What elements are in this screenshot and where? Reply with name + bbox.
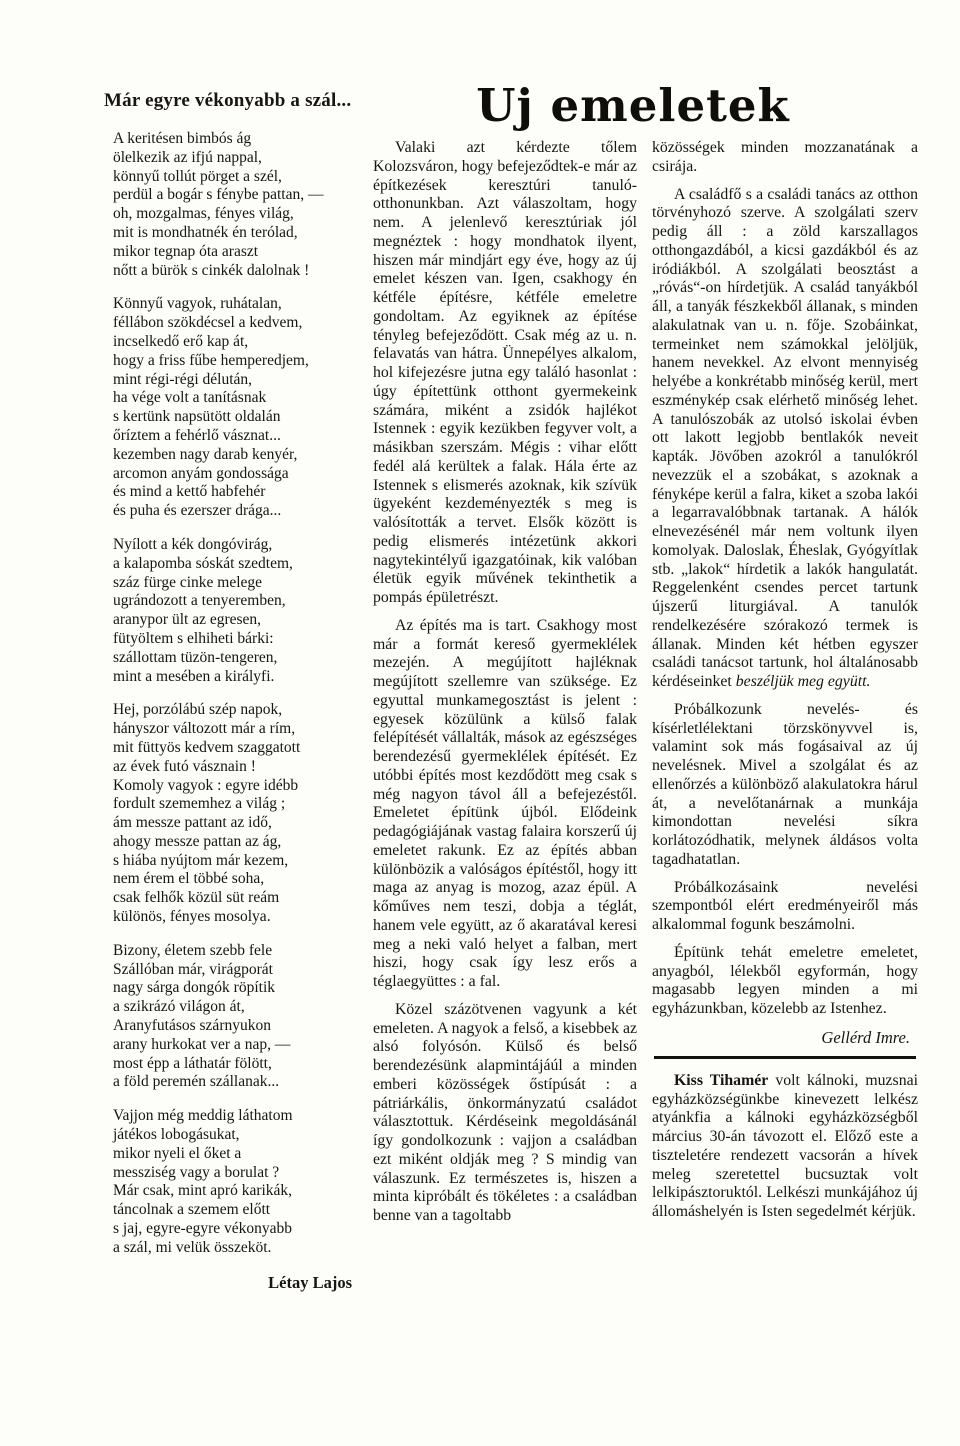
article-author: Gellérd Imre. bbox=[652, 1028, 910, 1048]
poem-stanza-2: Könnyű vagyok, ruhátalan, féllábon szökd… bbox=[113, 295, 358, 521]
paragraph-text: A családfő s a családi tanács az otthon … bbox=[652, 186, 918, 691]
scanned-newspaper-page: Már egyre vékonyabb a szál... A keritése… bbox=[0, 0, 960, 1446]
article-column-middle: Valaki azt kérdezte tőlem Kolozsváron, h… bbox=[373, 139, 637, 1235]
article-paragraph: Próbálkozásaink nevelési szempontból elé… bbox=[652, 879, 918, 935]
poem-title: Már egyre vékonyabb a szál... bbox=[104, 90, 358, 112]
section-divider-rule bbox=[654, 1056, 916, 1059]
news-lead: Kiss Tihamér bbox=[674, 1072, 768, 1089]
news-body: volt kálnoki, muzsnai egyházközségünkbe … bbox=[652, 1072, 918, 1220]
poem-stanza-5: Bizony, életem szebb fele Szállóban már,… bbox=[113, 942, 358, 1092]
article-paragraph-continuation: közösségek minden mozzanatának a csirája… bbox=[652, 139, 918, 177]
article-paragraph: Valaki azt kérdezte tőlem Kolozsváron, h… bbox=[373, 139, 637, 608]
paragraph-emphasis: beszéljük meg együtt. bbox=[736, 673, 871, 690]
news-item: Kiss Tihamér volt kálnoki, muzsnai egyhá… bbox=[652, 1072, 918, 1222]
poem-column: Már egyre vékonyabb a szál... A keritése… bbox=[104, 90, 358, 1293]
article-headline: Uj emeletek bbox=[373, 83, 893, 128]
poem-stanza-1: A keritésen bimbós ág ölelkezik az ifjú … bbox=[113, 130, 358, 280]
article-column-right: közösségek minden mozzanatának a csirája… bbox=[652, 139, 918, 1231]
article-paragraph: Az építés ma is tart. Csakhogy most már … bbox=[373, 617, 637, 992]
poem-stanza-4: Hej, porzólábú szép napok, hányszor vált… bbox=[113, 701, 358, 927]
poem-author: Létay Lajos bbox=[104, 1273, 358, 1293]
article-paragraph: Közel százötvenen vagyunk a két emeleten… bbox=[373, 1001, 637, 1226]
article-paragraph: A családfő s a családi tanács az otthon … bbox=[652, 186, 918, 692]
article-paragraph: Próbálkozunk nevelés- és kísérletlélekta… bbox=[652, 701, 918, 870]
poem-stanza-3: Nyílott a kék dongóvirág, a kalapomba só… bbox=[113, 536, 358, 686]
article-paragraph: Építünk tehát emeletre emeletet, anyagbó… bbox=[652, 944, 918, 1019]
poem-stanza-6: Vajjon még meddig láthatom játékos lobog… bbox=[113, 1107, 358, 1257]
